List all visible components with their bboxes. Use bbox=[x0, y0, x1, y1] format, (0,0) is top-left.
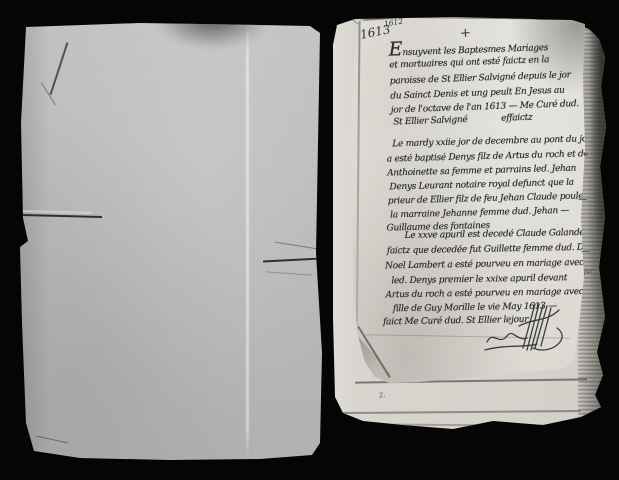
manuscript-sheet: 1612 1613 + Ensuyvent les Baptesmes Mari… bbox=[347, 18, 585, 383]
text-line: Noel Lambert a esté pourveu en mariage a… bbox=[385, 259, 602, 272]
margin-dash: — bbox=[581, 247, 590, 257]
tear-mark-bottom-left bbox=[36, 436, 68, 444]
signature-paraphe bbox=[475, 298, 580, 368]
text-line: faictz que decedée fut Guillette femme d… bbox=[387, 244, 604, 257]
text-line: Le xxve apuril est decedé Claude Galande bbox=[405, 229, 585, 241]
archive-scan: 1612 1613 + Ensuyvent les Baptesmes Mari… bbox=[0, 0, 619, 480]
margin-dash: — bbox=[578, 195, 587, 205]
page-top-smudge bbox=[155, 19, 270, 49]
tear-mark-right-under bbox=[266, 271, 312, 275]
under-sheet-mark: 2, bbox=[378, 391, 385, 400]
page-fold-streak bbox=[246, 23, 249, 460]
tear-mark-right bbox=[263, 257, 321, 262]
edge-text-fragment: w bbox=[583, 151, 588, 158]
margin-dash: — bbox=[597, 97, 607, 108]
left-blank-page bbox=[20, 23, 323, 460]
tear-mark-top-left bbox=[50, 42, 68, 95]
under-sheet-edge-line bbox=[343, 410, 581, 414]
tear-curl-right bbox=[275, 242, 317, 250]
tear-mark-mid-left bbox=[22, 214, 102, 218]
edge-text-fragment: fur bbox=[584, 268, 593, 275]
text-line: led. Denys premier le xxixe apuril devan… bbox=[391, 274, 567, 286]
under-sheet-edge-line bbox=[347, 423, 572, 426]
